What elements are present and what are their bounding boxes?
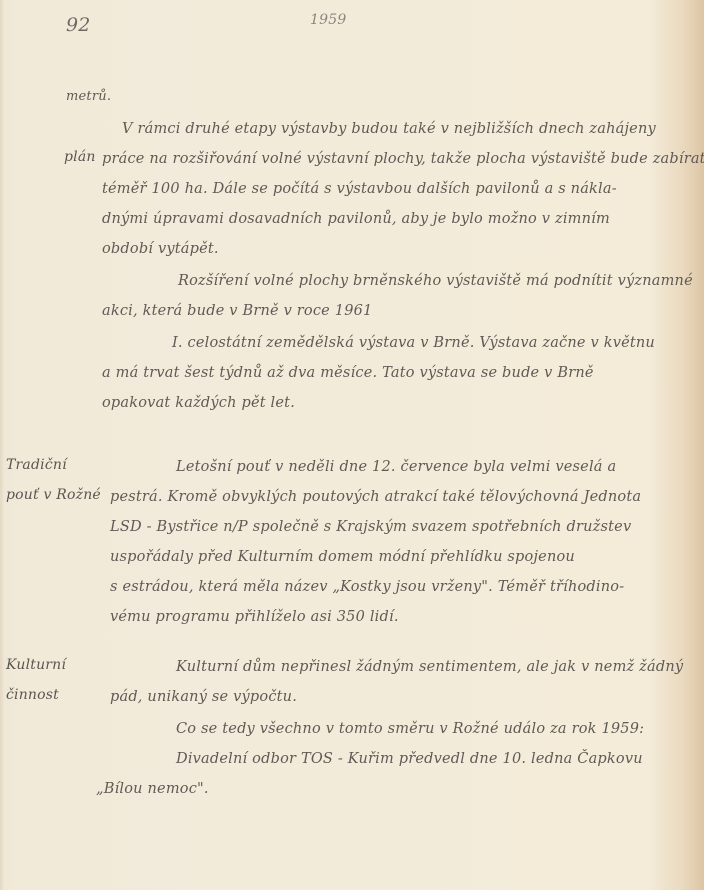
text-line: Rozšíření volné plochy brněnského výstav… (178, 272, 693, 290)
text-line: I. celostátní zemědělská výstava v Brně.… (172, 334, 655, 352)
text-line: Kulturní dům nepřinesl žádným sentimente… (176, 658, 683, 676)
margin-note-pout: pouť v Rožné (6, 486, 101, 504)
text-line: období vytápět. (102, 240, 219, 258)
text-line: Divadelní odbor TOS - Kuřim předvedl dne… (176, 750, 643, 768)
text-line: metrů. (66, 88, 111, 106)
page-number: 92 (66, 14, 91, 36)
margin-note-tradicni: Tradiční (6, 456, 67, 474)
margin-note-kulturni: Kulturní (6, 656, 66, 674)
text-line: dnými úpravami dosavadních pavilonů, aby… (102, 210, 610, 228)
text-line: V rámci druhé etapy výstavby budou také … (122, 120, 656, 138)
text-line: uspořádaly před Kulturním domem módní př… (110, 548, 575, 566)
text-line: vému programu přihlíželo asi 350 lidí. (110, 608, 399, 626)
text-line: a má trvat šest týdnů až dva měsíce. Tat… (102, 364, 594, 382)
text-line: Co se tedy všechno v tomto směru v Rožné… (176, 720, 644, 738)
text-line: Letošní pouť v neděli dne 12. července b… (176, 458, 616, 476)
margin-note-cinnost: činnost (6, 686, 59, 704)
margin-note-plan: plán (64, 148, 96, 166)
text-line: akci, která bude v Brně v roce 1961 (102, 302, 372, 320)
text-line: opakovat každých pět let. (102, 394, 295, 412)
text-line: s estrádou, která měla název „Kostky jso… (110, 578, 624, 596)
text-line: téměř 100 ha. Dále se počítá s výstavbou… (102, 180, 617, 198)
text-line: práce na rozšiřování volné výstavní ploc… (102, 150, 704, 168)
chronicle-page: 92 1959 metrů. plán V rámci druhé etapy … (0, 0, 704, 890)
text-line: pestrá. Kromě obvyklých poutových atrakc… (110, 488, 641, 506)
year-heading: 1959 (310, 12, 346, 28)
text-line: LSD - Bystřice n/P společně s Krajským s… (110, 518, 631, 536)
text-line: „Bílou nemoc". (96, 780, 209, 798)
text-line: pád, unikaný se výpočtu. (110, 688, 297, 706)
